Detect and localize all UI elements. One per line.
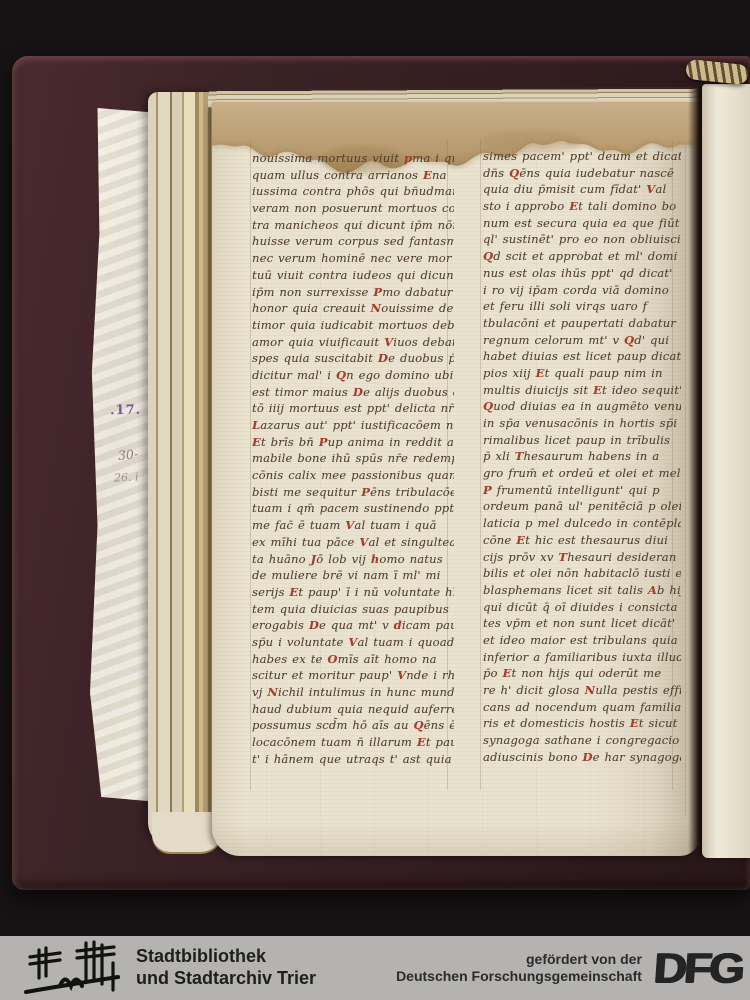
funding-line2: Deutschen Forschungsgemeinschaft [396, 968, 642, 985]
manuscript-text-line: veram non posuerunt mortuos con [252, 200, 454, 217]
manuscript-text-line: tra manicheos qui dicunt ip̄m nōn [252, 217, 454, 234]
manuscript-text-line: ql' sustinēt' pro eo non obliuiscit' [483, 231, 681, 248]
manuscript-text-line: cijs prōv xv Thesauri desideran [483, 549, 681, 566]
manuscript-text-line: p̄o Et non hijs qui oderūt me [483, 665, 681, 682]
library-name: Stadtbibliothek und Stadtarchiv Trier [136, 946, 316, 989]
manuscript-text-line: rimalibus licet paup in trībulis [483, 432, 681, 449]
manuscript-text-line: Lazarus aut' ppt' iustificacōem nr̄am [252, 417, 454, 434]
manuscript-text-line: et ideo maior est tribulans quia [483, 632, 681, 649]
manuscript-text-line: ex mīhi tua pāce Val et singultea [252, 534, 454, 551]
ruling-line [685, 146, 686, 816]
manuscript-text-line: tuam i qm̄ pacem sustinendo ppter [252, 500, 454, 517]
manuscript-text-line: tes vp̄m et non sunt licet dicāt' [483, 615, 681, 632]
manuscript-text-line: sp̄u i voluntate Val tuam i quoad [252, 634, 454, 651]
manuscript-text-line: laticia p mel dulcedo in contēpla [483, 515, 681, 532]
manuscript-text-line: huisse verum corpus sed fantasma [252, 233, 454, 250]
pencil-annotation-2: 26. i [114, 470, 139, 484]
manuscript-text-line: inferior a familiaribus iuxta illud [483, 649, 681, 666]
manuscript-text-line: serijs Et paup' ī i nū voluntate hī [252, 584, 454, 601]
stadtbibliothek-trier-logo-icon [24, 939, 122, 997]
manuscript-text-line: honor quia creauit Nouissime debē [252, 300, 454, 317]
manuscript-text-line: Quod diuias ea in augmēto venus [483, 398, 681, 415]
manuscript-text-line: gro frum̄ et ordeū et olei et mell' [483, 465, 681, 482]
manuscript-text-line: sto i approbo Et tali domino bo [483, 198, 681, 215]
manuscript-text-line: possumus scd̄m hō aīs au Qēns ēius [252, 717, 454, 734]
manuscript-text-line: dn̄s Qēns quia iudebatur nascē [483, 165, 681, 182]
manuscript-text-line: habes ex te Omīs aīt homo na [252, 651, 454, 668]
manuscript-text-line: t' i hānem que utraqs t' ast quia sic [252, 751, 454, 768]
manuscript-text-line: p̄ xli Thesaurum habens in a [483, 448, 681, 465]
manuscript-text-line: scitur et moritur paup' Vnde i rhy [252, 667, 454, 684]
manuscript-text-line: ordeum panā ul' penitēciā p olei [483, 498, 681, 515]
manuscript-text-line: tbulacōni et paupertati dabatur [483, 315, 681, 332]
manuscript-text-line: et feru illi soli virqs uaro f [483, 298, 681, 315]
manuscript-text-line: tem quia diuicias suas paupibus [252, 601, 454, 618]
funding-line1: gefördert von der [396, 951, 642, 968]
manuscript-text-line: de muliere brē vi nam ī ml' mi [252, 567, 454, 584]
manuscript-text-line: ip̄m non surrexisse Pmo dabatur [252, 284, 454, 301]
manuscript-text-line: num est secura quia ea que fiūt [483, 215, 681, 232]
dfg-logo: DFG [652, 947, 743, 989]
manuscript-text-line: ta huāno Jō lob vij homo natus [252, 551, 454, 568]
text-column-left: nouissima mortuus viuit pma i qn̄quam ul… [252, 150, 454, 767]
manuscript-text-line: locacōnem tuam n̄ illarum Et paup [252, 734, 454, 751]
manuscript-text-line: cōne Et hic est thesaurus diui [483, 532, 681, 549]
manuscript-text-line: amor quia viuificauit Viuos debat' [252, 334, 454, 351]
manuscript-text-line: erogabis De qua mt' v dicam paupes [252, 617, 454, 634]
manuscript-text-line: bisti me sequitur Pēns tribulacōem [252, 484, 454, 501]
manuscript-text-line: simes pacem' ppt' deum et dicat' [483, 148, 681, 165]
folio-number-stamp: .17. [110, 403, 141, 419]
manuscript-text-line: nus est olas ihūs ppt' qd dicat' [483, 265, 681, 282]
manuscript-text-line: P frumentū intelligunt' qui p [483, 482, 681, 499]
manuscript-text-line: iussima contra phōs qui bn̄udman [252, 183, 454, 200]
manuscript-text-line: timor quia iudicabit mortuos debat' [252, 317, 454, 334]
manuscript-text-line: i ro vij ip̄am corda viā domino [483, 282, 681, 299]
manuscript-text-line: synagoga sathane i congregacio [483, 732, 681, 749]
manuscript-text-line: adiuscinis bono De har synagoga [483, 749, 681, 766]
digitized-manuscript-photo: nouissima mortuus viuit pma i qn̄quam ul… [0, 0, 750, 1000]
manuscript-text-line: est timor maius De alijs duobus dic' [252, 384, 454, 401]
manuscript-text-line: pios xiij Et quali paup nim in [483, 365, 681, 382]
manuscript-text-line: tuū viuit contra iudeos qui dicunt [252, 267, 454, 284]
manuscript-text-line: quia diu p̄misit cum fīdat' Val [483, 181, 681, 198]
manuscript-text-line: vj Nichil intulimus in hunc mundum [252, 684, 454, 701]
manuscript-text-line: dicitur mal' i Qn ego domino ubi [252, 367, 454, 384]
manuscript-text-line: cans ad nocendum quam familia [483, 699, 681, 716]
page-fore-edges [148, 92, 214, 848]
pencil-annotation-1: 30- [117, 446, 139, 463]
manuscript-text-line: Qd scit et approbat et ml' domi [483, 248, 681, 265]
manuscript-text-line: Et brīs bn̄ Pup anima in reddit a [252, 434, 454, 451]
manuscript-page: nouissima mortuus viuit pma i qn̄quam ul… [212, 102, 700, 856]
manuscript-text-line: re h' dicit glosa Nulla pestis effi [483, 682, 681, 699]
funding-credit: gefördert von der Deutschen Forschungsge… [396, 951, 642, 984]
manuscript-text-line: nouissima mortuus viuit pma i qn̄ [252, 150, 454, 167]
manuscript-text-line: bilis et olei nōn habitaclō iusti et [483, 565, 681, 582]
manuscript-text-line: regnum celorum mt' v Qd' qui [483, 332, 681, 349]
manuscript-text-line: blasphemans licet sit talis Ab hijs [483, 582, 681, 599]
manuscript-text-line: mabile bone ihū spūs nr̄e redemp [252, 450, 454, 467]
facing-page-edge [702, 84, 750, 858]
manuscript-text-line: tō iiij mortuus est ppt' delicta nr̄a [252, 400, 454, 417]
text-column-right: simes pacem' ppt' deum et dicat'dn̄s Qēn… [483, 148, 681, 765]
manuscript-text-line: multis diuicijs sit Et ideo sequit' [483, 382, 681, 399]
manuscript-text-line: qui dicūt q̄ oī diuides i consicta [483, 599, 681, 616]
ruling-line [480, 140, 481, 790]
manuscript-text-line: spes quia suscitabit De duobus p̄mis [252, 350, 454, 367]
manuscript-text-line: habet diuias est licet paup dicat' [483, 348, 681, 365]
ruling-line [250, 140, 251, 790]
manuscript-text-line: me fac̄ ē tuam Val tuam i quā [252, 517, 454, 534]
library-name-line2: und Stadtarchiv Trier [136, 968, 316, 990]
manuscript-text-line: ris et domesticis hostis Et sicut [483, 715, 681, 732]
library-name-line1: Stadtbibliothek [136, 946, 316, 968]
manuscript-text-line: cōnis calix mee passionibus quam bi [252, 467, 454, 484]
manuscript-text-line: in sp̄a venusacōnis in hortis sp̄i [483, 415, 681, 432]
manuscript-text-line: haud dubium quia nequid auferre [252, 701, 454, 718]
manuscript-text-line: nec verum hominē nec vere mor [252, 250, 454, 267]
manuscript-text-line: quam ullus contra arrianos Ena [252, 167, 454, 184]
footer-banner: Stadtbibliothek und Stadtarchiv Trier ge… [0, 936, 750, 1000]
